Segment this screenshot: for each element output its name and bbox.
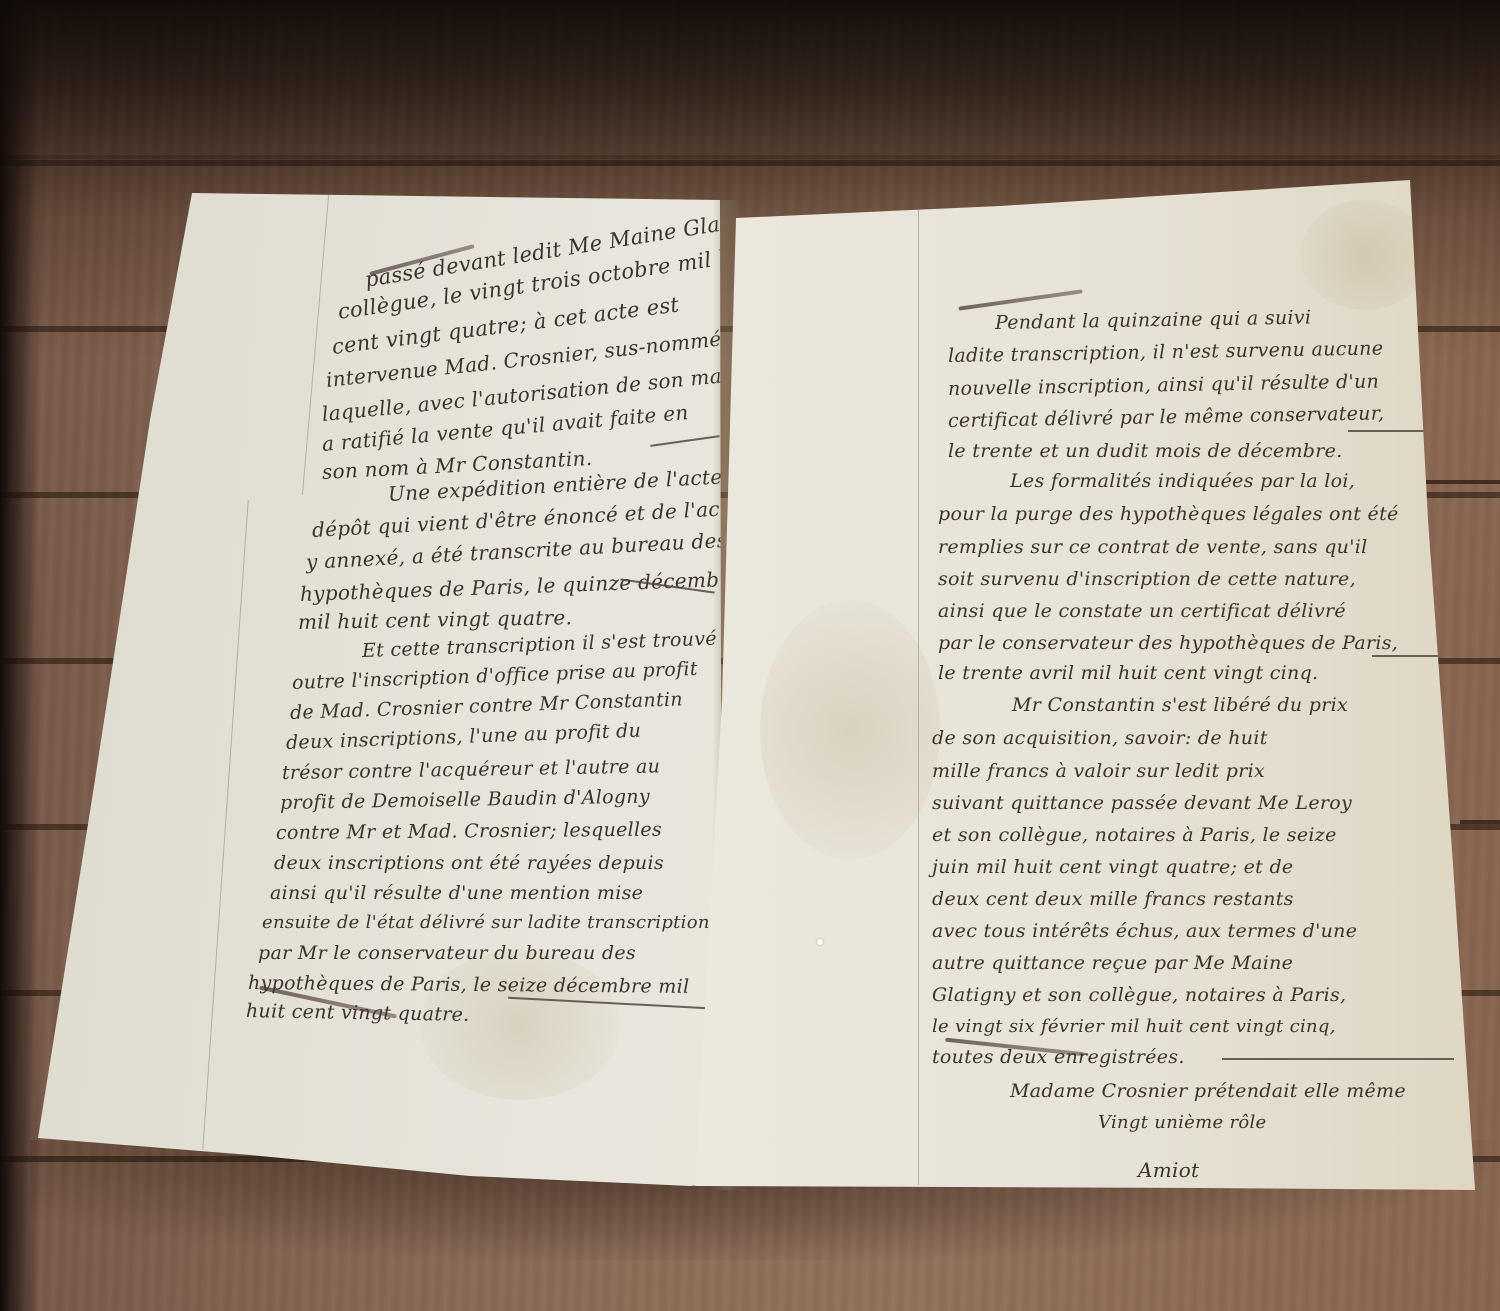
text-line: deux inscriptions ont été rayées depuis: [274, 852, 664, 874]
paper-stain: [1300, 200, 1430, 310]
text-line: ladite transcription, il n'est survenu a…: [948, 337, 1384, 367]
folio-note: Vingt unième rôle: [1098, 1112, 1267, 1133]
end-rule: [650, 435, 720, 447]
text-line: pour la purge des hypothèques légales on…: [938, 503, 1399, 525]
text-line: Glatigny et son collègue, notaires à Par…: [932, 984, 1346, 1006]
text-line: ensuite de l'état délivré sur ladite tra…: [262, 912, 710, 933]
text-line: profit de Demoiselle Baudin d'Alogny: [280, 786, 650, 814]
pin-hole: [817, 939, 823, 945]
signature: Amiot: [1138, 1158, 1199, 1182]
text-line: hypothèques de Paris, le seize décembre …: [248, 972, 690, 998]
plank-seam: [1420, 480, 1500, 484]
text-line: remplies sur ce contrat de vente, sans q…: [938, 536, 1367, 558]
text-line: autre quittance reçue par Me Maine: [932, 952, 1293, 974]
text-line: avec tous intérêts échus, aux termes d'u…: [932, 920, 1357, 942]
end-rule: [1372, 655, 1438, 657]
text-line: et son collègue, notaires à Paris, le se…: [932, 824, 1337, 846]
plank-seam: [1460, 820, 1500, 824]
text-line: certificat délivré par le même conservat…: [948, 402, 1385, 432]
text-line: Pendant la quinzaine qui a suivi: [995, 306, 1312, 334]
text-line: le trente et un dudit mois de décembre.: [948, 440, 1343, 462]
text-line: contre Mr et Mad. Crosnier; lesquelles: [276, 819, 662, 844]
text-line: le vingt six février mil huit cent vingt…: [932, 1016, 1336, 1037]
text-line: suivant quittance passée devant Me Leroy: [932, 792, 1352, 814]
section-mark: [958, 289, 1082, 310]
text-line: trésor contre l'acquéreur et l'autre au: [282, 755, 661, 784]
text-line: le trente avril mil huit cent vingt cinq…: [938, 662, 1318, 684]
text-line: juin mil huit cent vingt quatre; et de: [932, 856, 1293, 878]
text-line: par le conservateur des hypothèques de P…: [938, 632, 1398, 654]
wooden-table: passé devant ledit Me Maine Glatigny et …: [0, 0, 1500, 1311]
text-line: outre l'inscription d'office prise au pr…: [292, 658, 698, 694]
end-rule: [1348, 430, 1430, 432]
table-shadow: [0, 0, 40, 1311]
plank-seam: [0, 155, 1500, 159]
text-line: Les formalités indiquées par la loi,: [1010, 470, 1355, 492]
paper-stain: [760, 600, 940, 860]
margin-rule: [202, 500, 248, 1150]
text-line: huit cent vingt quatre.: [246, 1000, 470, 1026]
text-line: mille francs à valoir sur ledit prix: [932, 760, 1265, 782]
text-line: mil huit cent vingt quatre.: [298, 605, 573, 634]
text-line: ainsi qu'il résulte d'une mention mise: [270, 882, 643, 904]
text-line: soit survenu d'inscription de cette natu…: [938, 568, 1356, 590]
text-line: deux cent deux mille francs restants: [932, 888, 1294, 910]
text-line: par Mr le conservateur du bureau des: [258, 942, 636, 964]
text-line: ainsi que le constate un certificat déli…: [938, 600, 1346, 622]
text-line: deux inscriptions, l'une au profit du: [286, 720, 642, 754]
text-line: de Mad. Crosnier contre Mr Constantin: [290, 688, 684, 724]
text-line: nouvelle inscription, ainsi qu'il résult…: [948, 370, 1379, 400]
text-line: toutes deux enregistrées.: [932, 1046, 1185, 1068]
text-line: Madame Crosnier prétendait elle même: [1010, 1080, 1406, 1102]
text-line: de son acquisition, savoir: de huit: [932, 727, 1268, 749]
end-rule: [1222, 1058, 1454, 1060]
text-line: Et cette transcription il s'est trouvé: [362, 628, 718, 662]
text-line: Mr Constantin s'est libéré du prix: [1012, 694, 1348, 716]
